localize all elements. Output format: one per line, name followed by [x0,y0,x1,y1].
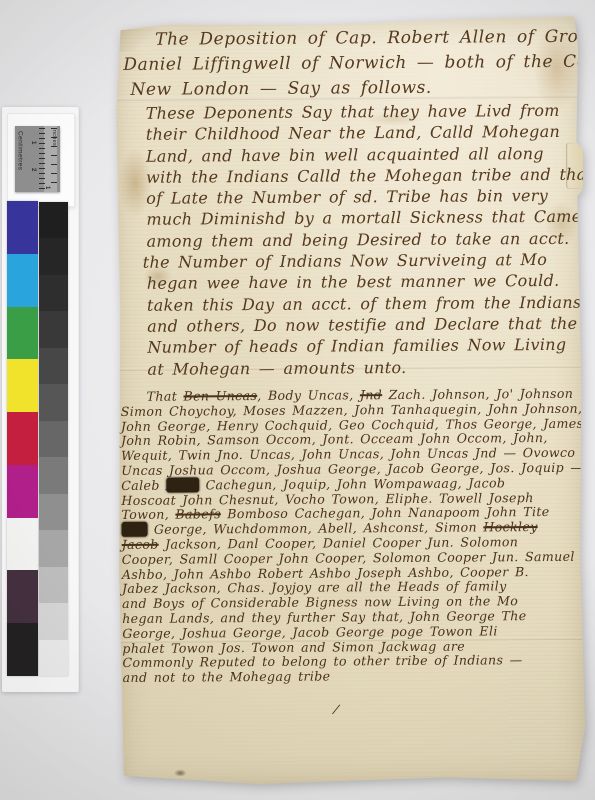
names-paragraph: That Ben Uncas, Body Uncas, Jnd Zach. Jo… [121,386,595,685]
ink-stain [174,770,186,777]
ruler-cm-ticks [39,128,45,190]
color-patch [7,623,38,676]
manuscript-line: and not to the Mohegag tribe [123,668,595,686]
gray-step [39,384,68,420]
manuscript-page: The Deposition of Cap. Robert Allen of G… [113,15,587,788]
gray-step [39,238,68,274]
gray-step [39,567,68,603]
ruler-scale: Centimetres Inches 1 2 1 [15,126,60,192]
archival-photo: Centimetres Inches 1 2 1 The Deposition … [0,0,595,800]
ruler-centimetres-label: Centimetres [16,131,23,170]
ruler-inch-number: 1 [44,186,50,189]
manuscript-line: hegan wee have in the best manner we Cou… [147,270,595,294]
gray-step [39,603,68,639]
stray-ink-mark: / [332,702,339,718]
color-patch [7,201,38,254]
color-patch [7,465,38,518]
gray-step [39,348,68,384]
manuscript-line: New London — Say as follows. [130,74,595,103]
manuscript-line: with the Indians Calld the Mohegan tribe… [146,164,594,188]
manuscript-line: taken this Day an acct. of them from the… [147,291,595,315]
gray-step [39,275,68,311]
manuscript-line: among them and being Desired to take an … [146,227,594,251]
grayscale-strip [39,202,68,676]
manuscript-line: at Mohegan — amounts unto. [147,355,595,379]
heading-paragraph: The Deposition of Cap. Robert Allen of G… [123,24,595,103]
manuscript-line: and others, Do now testifie and Declare … [147,313,595,337]
manuscript-line: Number of heads of Indian families Now L… [147,334,595,358]
manuscript-line: their Childhood Near the Land, Calld Moh… [146,121,594,145]
color-patch [7,412,38,465]
color-patch [7,254,38,307]
gray-step [39,640,68,676]
color-patch [7,307,38,360]
color-strip [7,201,38,676]
manuscript-line: The Deposition of Cap. Robert Allen of G… [155,24,595,52]
color-patch [7,570,38,623]
gray-step [39,530,68,566]
photo-background: { "photo": { "background_color": "#e9e9e… [0,0,595,800]
color-patch [7,518,38,571]
color-patch [7,359,38,412]
manuscript-line: of Late the Number of sd. Tribe has bin … [146,185,594,209]
manuscript-line: Daniel Liffingwell of Norwich — both of … [123,49,595,78]
manuscript-line: Land, and have bin well acquainted all a… [146,142,594,166]
manuscript-line: much Diminishd by a mortall Sickness tha… [146,206,594,230]
gray-step [39,421,68,457]
gray-step [39,311,68,347]
ruler-cm-number: 1 [30,141,36,144]
ruler-inches-label: Inches [51,128,57,146]
calibration-card: Centimetres Inches 1 2 1 [2,107,79,692]
gray-step [39,457,68,493]
ruler-cm-number: 2 [30,168,36,171]
gray-step [39,494,68,530]
body-paragraph: These Deponents Say that they have Livd … [146,100,595,380]
gray-step [39,202,68,238]
manuscript-line: These Deponents Say that they have Livd … [146,100,594,124]
